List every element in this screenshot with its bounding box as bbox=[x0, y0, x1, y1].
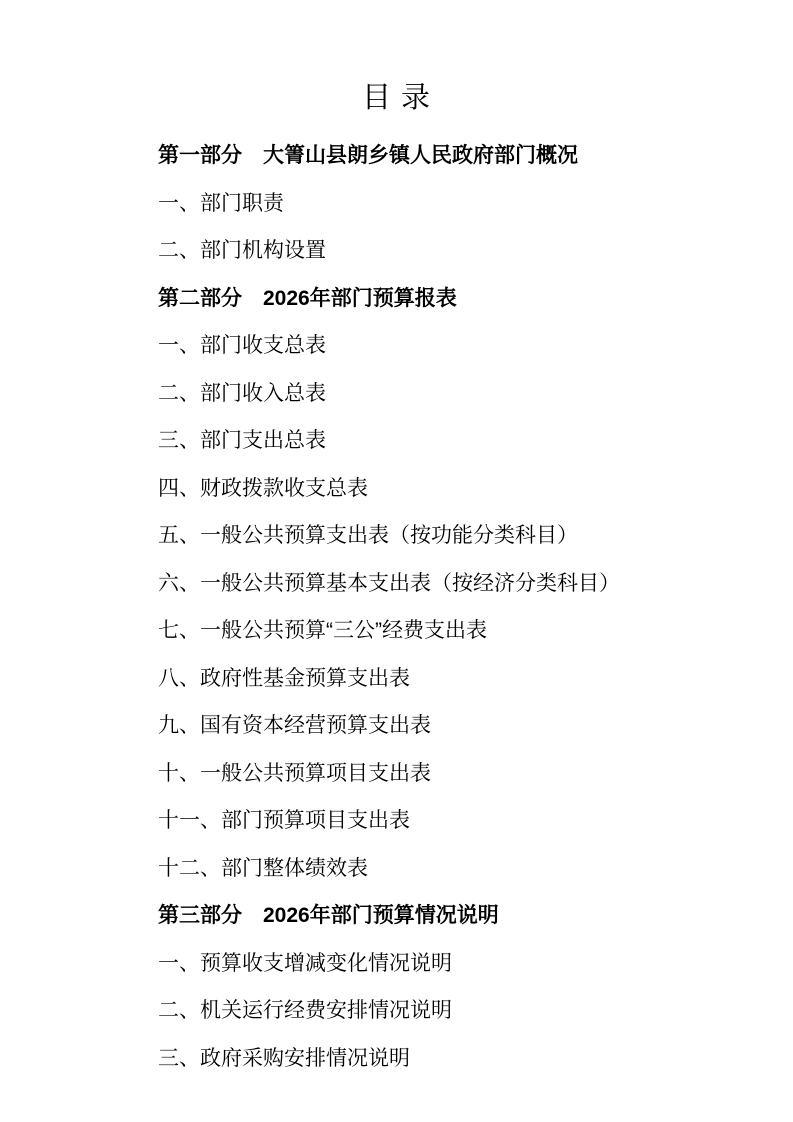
table-of-contents: 第一部分 大箐山县朗乡镇人民政府部门概况 一、部门职责 二、部门机构设置 第二部… bbox=[0, 132, 793, 1082]
toc-item: 一、部门职责 bbox=[158, 180, 753, 228]
toc-item: 三、部门支出总表 bbox=[158, 417, 753, 465]
toc-section-heading-part1: 第一部分 大箐山县朗乡镇人民政府部门概况 bbox=[158, 132, 753, 180]
toc-item: 六、一般公共预算基本支出表（按经济分类科目） bbox=[158, 560, 753, 608]
toc-item: 二、部门收入总表 bbox=[158, 370, 753, 418]
toc-item: 八、政府性基金预算支出表 bbox=[158, 655, 753, 703]
toc-item: 九、国有资本经营预算支出表 bbox=[158, 702, 753, 750]
document-page: 目 录 第一部分 大箐山县朗乡镇人民政府部门概况 一、部门职责 二、部门机构设置… bbox=[0, 0, 793, 1122]
toc-section-heading-part2: 第二部分 2026年部门预算报表 bbox=[158, 275, 753, 323]
toc-item: 十一、部门预算项目支出表 bbox=[158, 797, 753, 845]
toc-item: 二、机关运行经费安排情况说明 bbox=[158, 987, 753, 1035]
toc-item: 七、一般公共预算“三公”经费支出表 bbox=[158, 607, 753, 655]
toc-item: 十、一般公共预算项目支出表 bbox=[158, 750, 753, 798]
page-title: 目 录 bbox=[0, 0, 793, 116]
toc-item: 五、一般公共预算支出表（按功能分类科目） bbox=[158, 512, 753, 560]
toc-item: 二、部门机构设置 bbox=[158, 227, 753, 275]
toc-item: 三、政府采购安排情况说明 bbox=[158, 1035, 753, 1083]
toc-item: 一、部门收支总表 bbox=[158, 322, 753, 370]
toc-section-heading-part3: 第三部分 2026年部门预算情况说明 bbox=[158, 892, 753, 940]
toc-item: 十二、部门整体绩效表 bbox=[158, 845, 753, 893]
toc-item: 四、财政拨款收支总表 bbox=[158, 465, 753, 513]
toc-item: 一、预算收支增减变化情况说明 bbox=[158, 940, 753, 988]
